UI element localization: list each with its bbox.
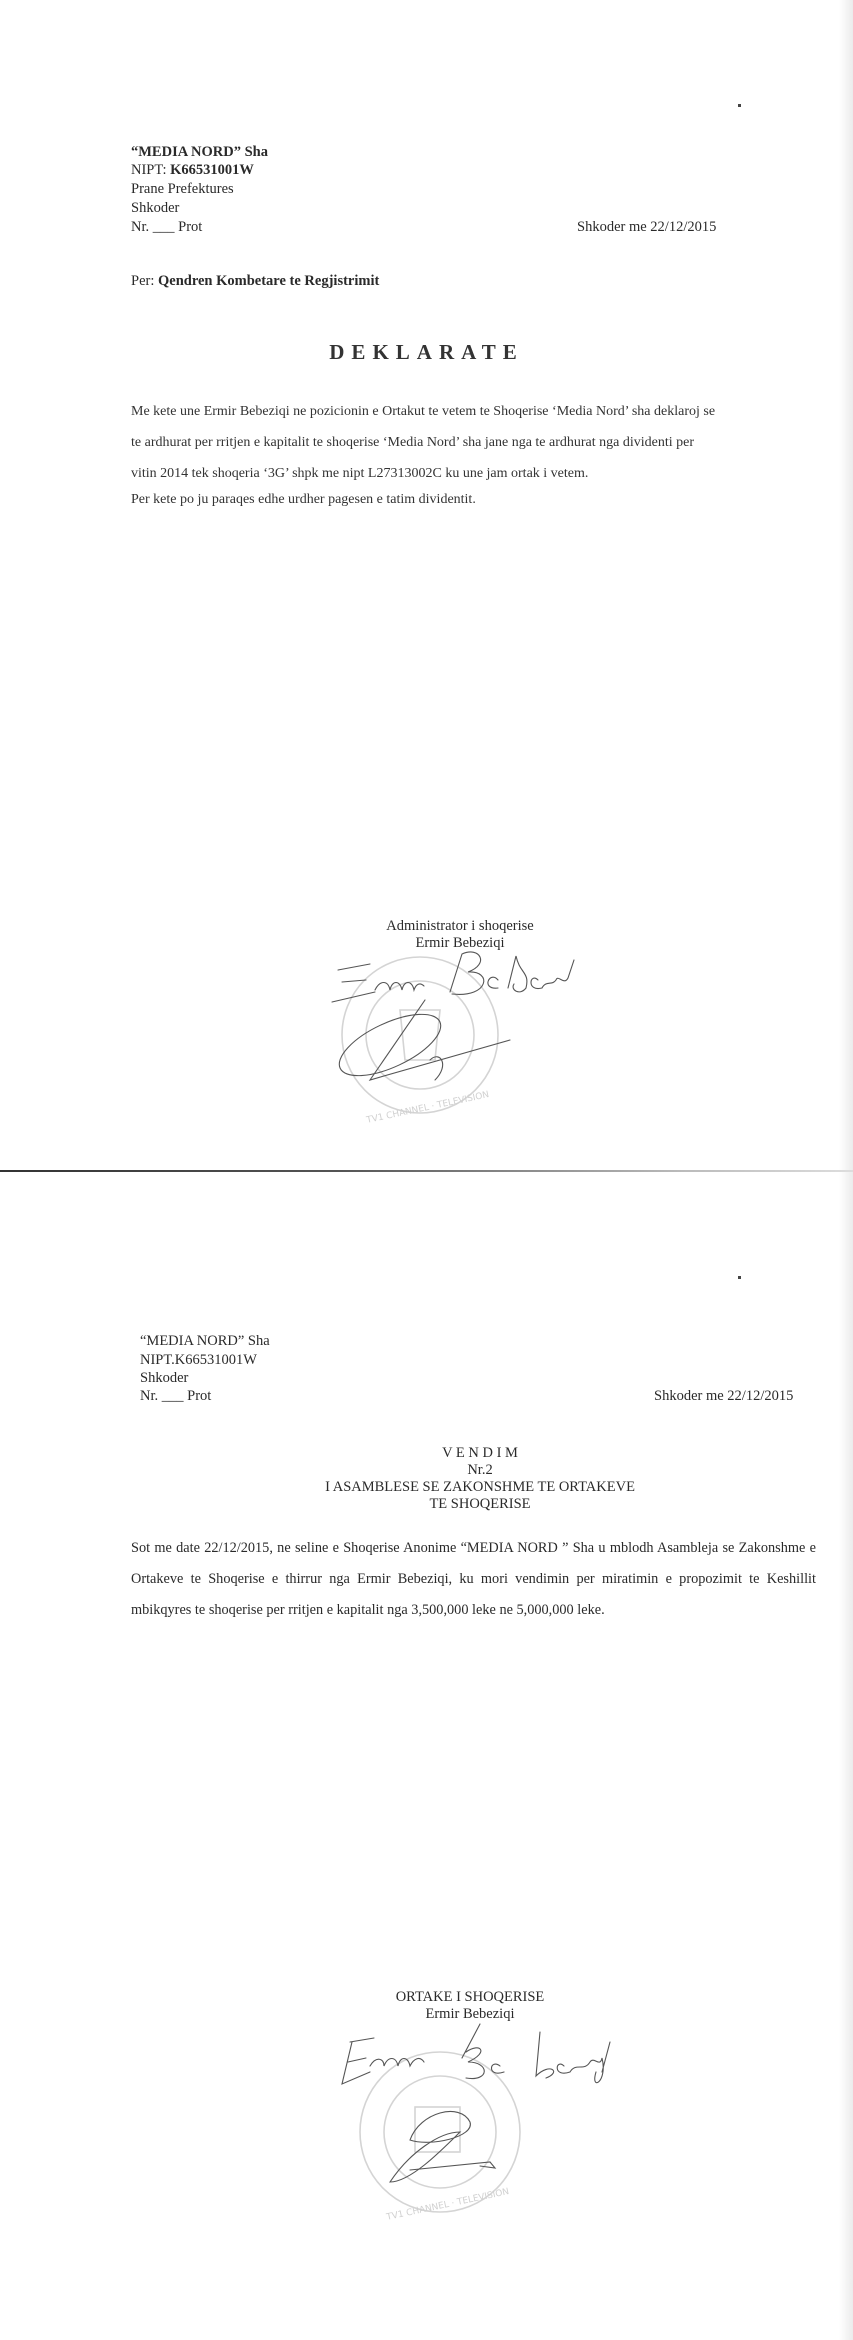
decision-body: Sot me date 22/12/2015, ne seline e Shoq… xyxy=(131,1533,816,1626)
nipt-label: NIPT: xyxy=(131,162,170,178)
body-line-1: Me kete une Ermir Bebeziqi ne pozicionin… xyxy=(131,396,715,427)
recipient-label: Per: xyxy=(131,273,158,289)
nipt-line: NIPT.K66531001W xyxy=(140,1351,257,1370)
scan-speck xyxy=(738,104,741,107)
scan-edge-shadow xyxy=(839,0,853,1172)
scan-speck xyxy=(738,1276,741,1279)
page-decision: “MEDIA NORD” Sha NIPT.K66531001W Shkoder… xyxy=(0,1172,853,2340)
decision-number: Nr.2 xyxy=(250,1462,710,1479)
body-line-2: te ardhurat per rritjen e kapitalit te s… xyxy=(131,427,694,458)
signer-role: Administrator i shoqerise xyxy=(360,918,560,935)
handwritten-signature xyxy=(330,950,710,1130)
signer-role: ORTAKE I SHOQERISE xyxy=(370,1989,570,2006)
recipient-line: Per: Qendren Kombetare te Regjistrimit xyxy=(131,272,379,291)
nipt-line: NIPT: K66531001W xyxy=(131,161,254,180)
decision-subtitle-2: TE SHOQERISE xyxy=(250,1496,710,1513)
body-line-4: Per kete po ju paraqes edhe urdher pages… xyxy=(131,484,476,515)
document-title: DEKLARATE xyxy=(0,340,853,365)
decision-subtitle-1: I ASAMBLESE SE ZAKONSHME TE ORTAKEVE xyxy=(250,1479,710,1496)
page-declaration: “MEDIA NORD” Sha NIPT: K66531001W Prane … xyxy=(0,0,853,1172)
nipt-value: K66531001W xyxy=(170,162,254,178)
protocol-line: Nr. ___ Prot xyxy=(131,218,202,237)
company-name: “MEDIA NORD” Sha xyxy=(140,1332,270,1351)
recipient: Qendren Kombetare te Regjistrimit xyxy=(158,273,379,289)
company-name: “MEDIA NORD” Sha xyxy=(131,143,268,162)
protocol-line: Nr. ___ Prot xyxy=(140,1387,211,1406)
place-date: Shkoder me 22/12/2015 xyxy=(577,218,716,237)
signature-block: ORTAKE I SHOQERISE Ermir Bebeziqi xyxy=(370,1989,570,2023)
address-line: Prane Prefektures xyxy=(131,180,234,199)
handwritten-signature xyxy=(340,2022,740,2222)
decision-heading: V E N D I M xyxy=(250,1445,710,1462)
decision-title: V E N D I M Nr.2 I ASAMBLESE SE ZAKONSHM… xyxy=(250,1445,710,1513)
city-line: Shkoder xyxy=(140,1369,188,1388)
place-date: Shkoder me 22/12/2015 xyxy=(654,1387,793,1406)
signature-block: Administrator i shoqerise Ermir Bebeziqi xyxy=(360,918,560,952)
scan-edge-shadow xyxy=(839,1172,853,2340)
signer-name: Ermir Bebeziqi xyxy=(370,2006,570,2023)
city-line: Shkoder xyxy=(131,199,179,218)
